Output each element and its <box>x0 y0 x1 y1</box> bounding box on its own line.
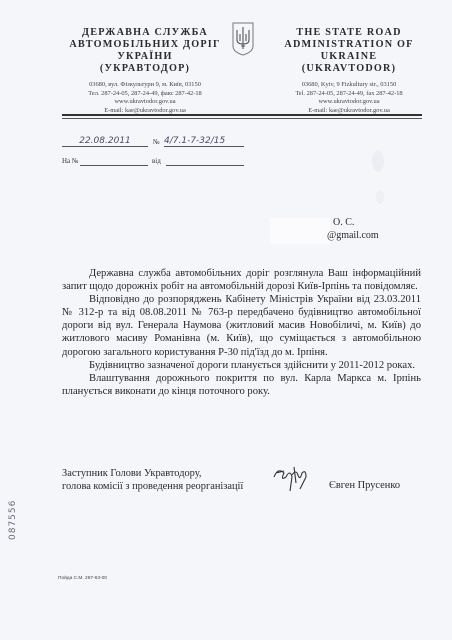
reply-to-blank <box>80 165 148 166</box>
letterhead-english: THE STATE ROAD ADMINISTRATION OF UKRAINE… <box>264 27 434 115</box>
website: www.ukravtodor.gov.ua <box>50 98 240 107</box>
trident-coat-of-arms-icon <box>232 22 254 56</box>
paragraph: Будівництво зазначеної дороги планується… <box>62 359 421 372</box>
outgoing-date: 22.08.2011 <box>62 136 148 147</box>
org-name-en: THE STATE ROAD ADMINISTRATION OF UKRAINE… <box>264 27 434 75</box>
reply-to-label: На № <box>62 157 79 165</box>
serial-number: 087556 <box>8 500 18 540</box>
from-label: від <box>152 157 161 165</box>
paragraph: Влаштування дорожнього покриття по вул. … <box>62 372 421 398</box>
phones: Tel. 287-24-05, 287-24-49, fax 287-42-18 <box>264 90 434 99</box>
phones: Тел. 287-24-05, 287-24-49, факс 287-42-1… <box>50 90 240 99</box>
number-label: № <box>153 138 160 146</box>
contact-info-ua: 03680, вул. Фізкультури 9, м. Київ, 0315… <box>50 81 240 115</box>
header-divider-thick <box>62 114 422 116</box>
recipient: О. С. @gmail.com <box>333 216 379 242</box>
paragraph: Державна служба автомобільних доріг розг… <box>62 267 421 293</box>
letter-page: ДЕРЖАВНА СЛУЖБА АВТОМОБІЛЬНИХ ДОРІГ УКРА… <box>0 0 452 640</box>
address: 03680, вул. Фізкультури 9, м. Київ, 0315… <box>50 81 240 90</box>
signatory-name: Євген Прусенко <box>329 480 400 491</box>
paragraph: Відповідно до розпоряджень Кабінету Міні… <box>62 293 421 358</box>
redacted-area <box>270 218 330 244</box>
outgoing-number: 4/7.1-7-32/15 <box>164 136 244 147</box>
website: www.ukravtodor.gov.ua <box>264 98 434 107</box>
signatory-position: Заступник Голови Укравтодору, голова ком… <box>62 467 243 493</box>
recipient-email: @gmail.com <box>327 229 379 242</box>
handwritten-signature-icon <box>270 463 310 493</box>
contact-info-en: 03680, Kyiv, 9 Fizkultury str., 03150 Te… <box>264 81 434 115</box>
letterhead-ukrainian: ДЕРЖАВНА СЛУЖБА АВТОМОБІЛЬНИХ ДОРІГ УКРА… <box>50 27 240 115</box>
org-name-ua: ДЕРЖАВНА СЛУЖБА АВТОМОБІЛЬНИХ ДОРІГ УКРА… <box>50 27 240 75</box>
from-date-blank <box>166 165 244 166</box>
recipient-name: О. С. <box>333 216 379 229</box>
letter-body: Державна служба автомобільних доріг розг… <box>62 267 421 398</box>
header-divider-thin <box>62 118 422 119</box>
executor-footer: Пойда С.М. 287-63-00 <box>58 576 107 581</box>
address: 03680, Kyiv, 9 Fizkultury str., 03150 <box>264 81 434 90</box>
